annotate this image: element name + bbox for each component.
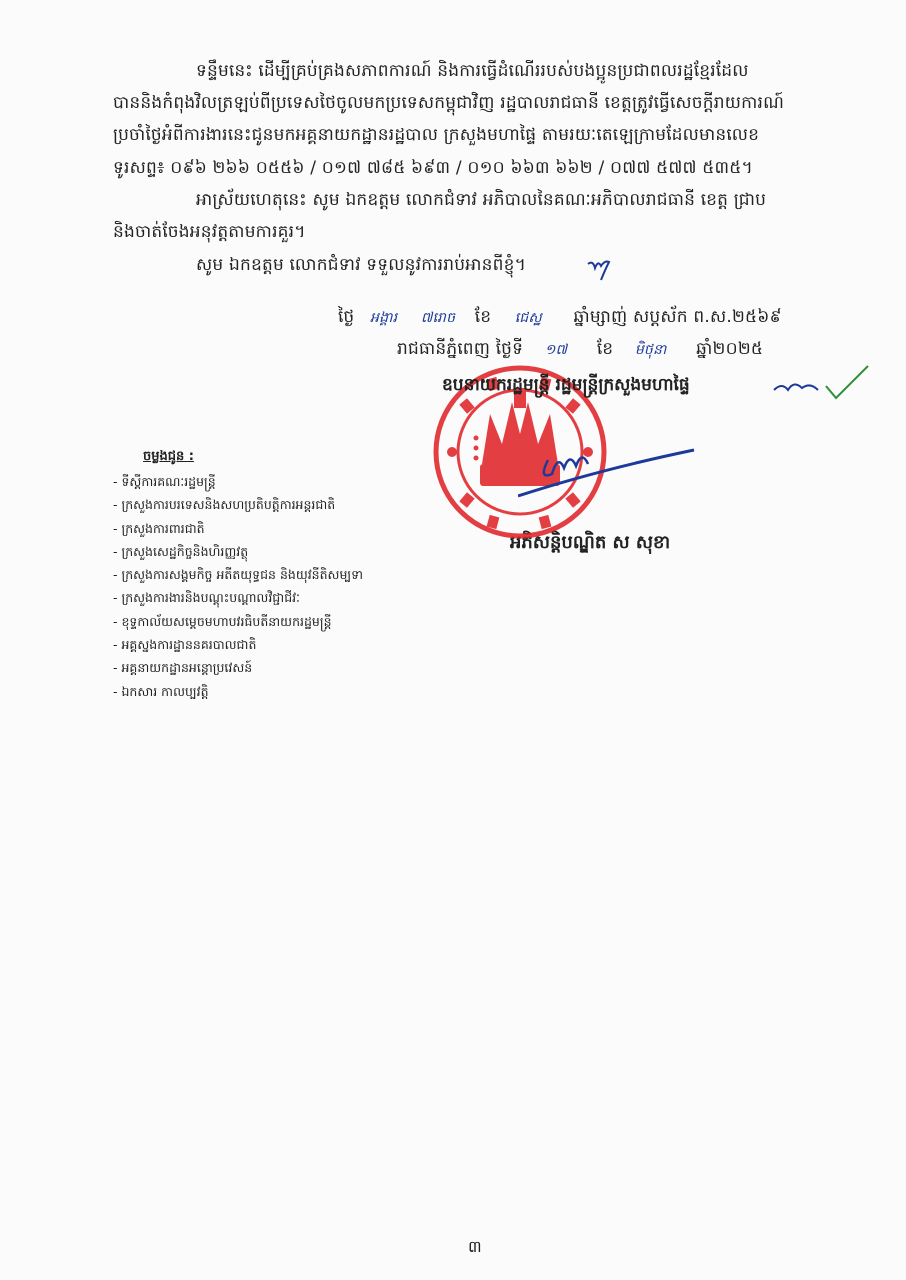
month-label: ខែ (597, 339, 613, 359)
cc-item: អគ្គនាយកដ្ឋានអន្តោប្រវេសន៍ (113, 656, 363, 679)
closing-line: សូម ឯកឧត្តម លោកជំទាវ ទទួលនូវការរាប់អានពី… (196, 254, 526, 276)
cc-list: ទីស្តីការគណៈរដ្ឋមន្ត្រី ក្រសួងការបរទេសនិ… (113, 470, 363, 703)
cc-item: ក្រសួងការសង្គមកិច្ច អតីតយុទ្ធជន និងយុវនី… (113, 563, 363, 586)
year-text: ឆ្នាំ២០២៥ (696, 339, 763, 359)
paragraph-2-line-2: និងចាត់ចែងអនុវត្តតាមការគួរ។ (113, 221, 306, 243)
paragraph-1-line-3: ប្រចាំថ្ងៃអំពីការងារនេះជូនមកអគ្គនាយកដ្ឋា… (113, 124, 759, 146)
paragraph-1-line-2: បាននិងកំពុងវិលត្រឡប់ពីប្រទេសថៃចូលមកប្រទេ… (113, 92, 784, 114)
cc-item: ឯកសារ កាលប្បវត្តិ (113, 680, 363, 703)
handwritten-initials-icon (772, 362, 872, 402)
paragraph-2-line-1: អាស្រ័យហេតុនេះ សូម ឯកឧត្តម លោកជំទាវ អភិប… (196, 189, 766, 211)
cc-item: ក្រសួងការងារនិងបណ្តុះបណ្តាលវិជ្ជាជីវៈ (113, 586, 363, 609)
initial-mark-icon (585, 256, 613, 282)
page-number: ៣ (468, 1236, 482, 1260)
paragraph-1-line-4: ទូរសព្ទ៖ ០៩៦ ២៦៦ ០៥៥៦ / ០១៧ ៧៨៥ ៦៩៣ / ០១… (113, 157, 753, 179)
cc-item: អគ្គស្នងការដ្ឋាននគរបាលជាតិ (113, 633, 363, 656)
cc-item: ក្រសួងការបរទេសនិងសហប្រតិបត្តិការអន្តរជាត… (113, 493, 363, 516)
cc-item: ក្រសួងសេដ្ឋកិច្ចនិងហិរញ្ញវត្ថុ (113, 540, 363, 563)
day-value: អង្គារ (370, 310, 397, 326)
place-day-label: រាជធានីភ្នំពេញ ថ្ងៃទី (397, 339, 523, 359)
lunar-value: ៧រោច (421, 310, 455, 326)
date-solar: រាជធានីភ្នំពេញ ថ្ងៃទី ១៧ ខែ មិថុនា ឆ្នាំ… (397, 338, 763, 361)
signature-title: ឧបនាយករដ្ឋមន្ត្រី រដ្ឋមន្ត្រីក្រសួងមហាផ្… (442, 374, 690, 399)
cc-heading: ចម្លងជូន : (143, 448, 194, 467)
signature-icon (518, 440, 698, 500)
day-value: ១៧ (545, 342, 567, 358)
cc-item: ក្រសួងការពារជាតិ (113, 517, 363, 540)
cc-item: ខុទ្ទកាល័យសម្តេចមហាបវរធិបតីនាយករដ្ឋមន្ត្… (113, 610, 363, 633)
cc-item: ទីស្តីការគណៈរដ្ឋមន្ត្រី (113, 470, 363, 493)
month-value: ជេស្ឋ (515, 310, 542, 326)
year-text: ឆ្នាំម្សាញ់ សប្តស័ក ព.ស.២៥៦៩ (573, 307, 781, 327)
paragraph-1-line-1: ទន្ទឹមនេះ ដើម្បីគ្រប់គ្រងសភាពការណ៍ និងកា… (196, 60, 749, 82)
day-label: ថ្ងៃ (338, 307, 354, 327)
date-lunar: ថ្ងៃ អង្គារ ៧រោច ខែ ជេស្ឋ ឆ្នាំម្សាញ់ សប… (338, 306, 782, 329)
month-value: មិថុនា (635, 342, 667, 358)
month-label: ខែ (475, 307, 491, 327)
